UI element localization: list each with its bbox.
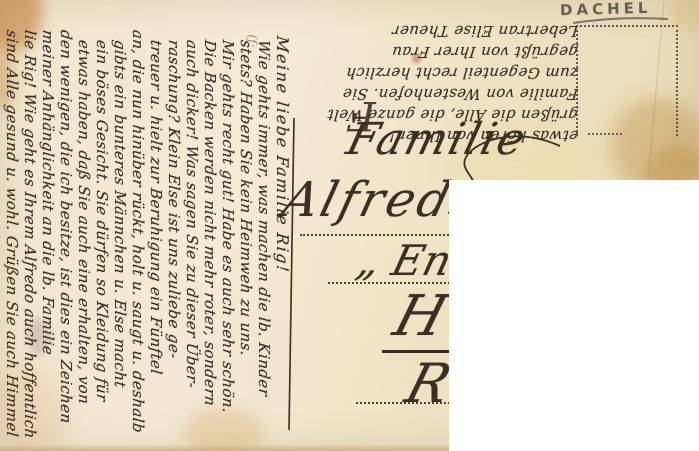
- message-line: Mir gehts recht gut! Habe es auch sehr s…: [219, 29, 237, 451]
- stamp-box: [576, 25, 678, 136]
- message-line: Wie gehts immer, was machen die lb. Kind…: [255, 29, 273, 451]
- continuation-line: Lebertran Elise Theuer: [289, 20, 579, 41]
- stamp-box-bottom-fragment: [588, 133, 622, 135]
- address-alfred-text: Alfred: [277, 172, 459, 228]
- postcard-scan: Meine liebe Familie Rig! Wie gehts immer…: [0, 0, 699, 451]
- message-line: gibts ein bunteres Männchen u. Else mach…: [111, 29, 129, 451]
- continuation-line: gegrüßt von Ihrer Frau: [289, 41, 579, 62]
- message-line: sind Alle gesund u. wohl. Grüßen Sie auc…: [3, 29, 21, 451]
- message-line: ein böses Gesicht. Sie dürfen so Kleidun…: [93, 29, 111, 451]
- redaction-overlay: [449, 180, 699, 451]
- dachel-underline: [573, 18, 668, 23]
- annotation-mark: (ſ:: [246, 34, 260, 47]
- message-line: stets? Haben Sie kein Heimweh zu uns.: [237, 29, 255, 451]
- message-line: den wenigen, die ich besitze, ist dies e…: [57, 29, 75, 451]
- message-line: Die Backen werden nicht mehr roter, sond…: [201, 29, 219, 451]
- message-line: etwas haben, daß Sie auch eine erhalten,…: [75, 29, 93, 451]
- message-line: lie Rig! Wie geht es Ihrem Alfredo auch …: [21, 29, 39, 451]
- continuation-line: Familie von Westenhofen. Sie: [289, 83, 579, 104]
- message-line: meiner Anhänglichkeit an die lb. Familie: [39, 29, 57, 451]
- address-familie-text: Familie: [342, 114, 532, 165]
- message-line: auch dicker! Was sagen Sie zu dieser Übe…: [183, 29, 201, 451]
- address-city-initial: H: [387, 284, 454, 349]
- continuation-line: zum Gegenteil recht herzlich: [289, 62, 579, 83]
- message-block: Meine liebe Familie Rig! Wie gehts immer…: [3, 30, 291, 451]
- pencil-label-dachel: DACHEL: [560, 0, 652, 19]
- message-line: Meine liebe Familie Rig!: [273, 29, 291, 451]
- message-line: treuer u. hielt zur Beruhigung ein Fünft…: [147, 29, 165, 451]
- message-line: an, die nun hinüber rückt, holt u. saugt…: [129, 29, 147, 451]
- message-line: raschung? Klein Else ist uns zuliebe ge-: [165, 29, 183, 451]
- address-street-partial: „ En: [352, 236, 457, 285]
